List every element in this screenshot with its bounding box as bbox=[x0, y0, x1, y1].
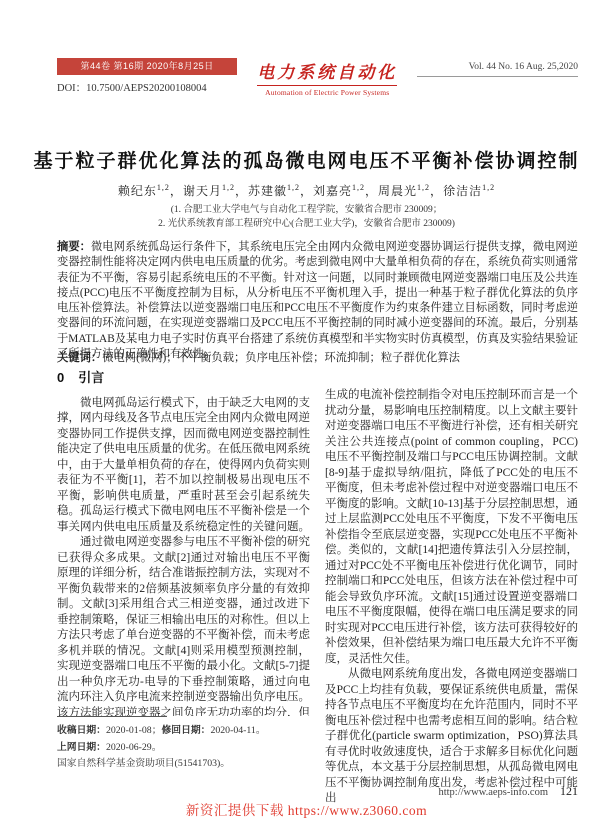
page-footer: http://www.aeps-info.com121 bbox=[438, 784, 578, 799]
right-column-paragraphs: 生成的电流补偿控制指令对电压控制环而言是一个扰动分量，易影响电压控制精度。以上文… bbox=[325, 388, 578, 807]
section-number: 0 bbox=[57, 370, 64, 385]
journal-name-cn: 电力系统自动化 bbox=[257, 58, 397, 86]
affiliation-line: 2. 光伏系统教育部工程研究中心(合肥工业大学)，安徽省合肥市 230009) bbox=[0, 217, 613, 231]
keywords: 关键词：微电网(微网)；不平衡负载；负序电压补偿；环流抑制；粒子群优化算法 bbox=[57, 349, 578, 365]
author-list: 赖纪东1,2，谢天月1,2，苏建徽1,2，刘嘉亮1,2，周晨光1,2，徐洁洁1,… bbox=[0, 182, 613, 199]
body-paragraph: 生成的电流补偿控制指令对电压控制环而言是一个扰动分量，易影响电压控制精度。以上文… bbox=[325, 388, 578, 667]
footnote-line: 上网日期：2020-06-29。 bbox=[57, 740, 313, 757]
journal-logo: 电力系统自动化 Automation of Electric Power Sys… bbox=[237, 58, 417, 97]
author: 周晨光1,2 bbox=[378, 184, 430, 198]
page-header: 第44卷 第16期 2020年8月25日 DOI：10.7500/AEPS202… bbox=[57, 58, 578, 97]
right-column: 生成的电流补偿控制指令对电压控制环而言是一个扰动分量，易影响电压控制精度。以上文… bbox=[325, 368, 578, 810]
footnote-rule bbox=[57, 716, 167, 717]
footnote-line: 国家自然科学基金资助项目(51541703)。 bbox=[57, 756, 313, 773]
body-paragraph: 通过微电网逆变器参与电压不平衡补偿的研究已获得众多成果。文献[2]通过对输出电压… bbox=[57, 535, 310, 716]
section-title: 引言 bbox=[78, 370, 104, 385]
volume-info: Vol. 44 No. 16 Aug. 25,2020 bbox=[417, 58, 578, 77]
keywords-label: 关键词： bbox=[57, 352, 102, 364]
abstract-label: 摘要： bbox=[57, 241, 91, 253]
journal-name-en: Automation of Electric Power Systems bbox=[237, 88, 417, 97]
author: 徐洁洁1,2 bbox=[443, 184, 495, 198]
left-column-paragraphs: 微电网孤岛运行模式下，由于缺乏大电网的支撑，网内母线及各节点电压完全由网内众微电… bbox=[57, 396, 310, 717]
author: 苏建徽1,2 bbox=[248, 184, 300, 198]
journal-page: 第44卷 第16期 2020年8月25日 DOI：10.7500/AEPS202… bbox=[0, 0, 613, 825]
issue-banner: 第44卷 第16期 2020年8月25日 bbox=[57, 58, 237, 75]
footnote: 收稿日期：2020-01-08；修回日期：2020-04-11。上网日期：202… bbox=[57, 716, 313, 773]
page-number: 121 bbox=[560, 784, 578, 798]
header-left: 第44卷 第16期 2020年8月25日 DOI：10.7500/AEPS202… bbox=[57, 58, 237, 97]
footnote-line: 收稿日期：2020-01-08；修回日期：2020-04-11。 bbox=[57, 723, 313, 740]
footnote-lines: 收稿日期：2020-01-08；修回日期：2020-04-11。上网日期：202… bbox=[57, 723, 313, 773]
abstract: 摘要：微电网系统孤岛运行条件下，其系统电压完全由网内众微电网逆变器协调运行提供支… bbox=[57, 240, 578, 362]
affiliation-line: (1. 合肥工业大学电气与自动化工程学院，安徽省合肥市 230009； bbox=[0, 203, 613, 217]
author: 刘嘉亮1,2 bbox=[313, 184, 365, 198]
body-paragraph: 微电网孤岛运行模式下，由于缺乏大电网的支撑，网内母线及各节点电压完全由网内众微电… bbox=[57, 396, 310, 536]
article-title: 基于粒子群优化算法的孤岛微电网电压不平衡补偿协调控制 bbox=[0, 146, 613, 173]
keywords-text: 微电网(微网)；不平衡负载；负序电压补偿；环流抑制；粒子群优化算法 bbox=[102, 352, 460, 364]
journal-url[interactable]: http://www.aeps-info.com bbox=[438, 787, 548, 798]
header-right: Vol. 44 No. 16 Aug. 25,2020 bbox=[417, 58, 578, 97]
affiliations: (1. 合肥工业大学电气与自动化工程学院，安徽省合肥市 230009； 2. 光… bbox=[0, 203, 613, 231]
author: 赖纪东1,2 bbox=[118, 184, 170, 198]
abstract-text: 微电网系统孤岛运行条件下，其系统电压完全由网内众微电网逆变器协调运行提供支撑，微… bbox=[57, 241, 578, 360]
download-watermark[interactable]: 新资汇提供下载 https://www.z3060.com bbox=[186, 799, 427, 819]
section-heading: 0引言 bbox=[57, 370, 310, 386]
author: 谢天月1,2 bbox=[183, 184, 235, 198]
left-column: 0引言 微电网孤岛运行模式下，由于缺乏大电网的支撑，网内母线及各节点电压完全由网… bbox=[57, 368, 310, 716]
doi: DOI：10.7500/AEPS20200108004 bbox=[57, 80, 237, 95]
